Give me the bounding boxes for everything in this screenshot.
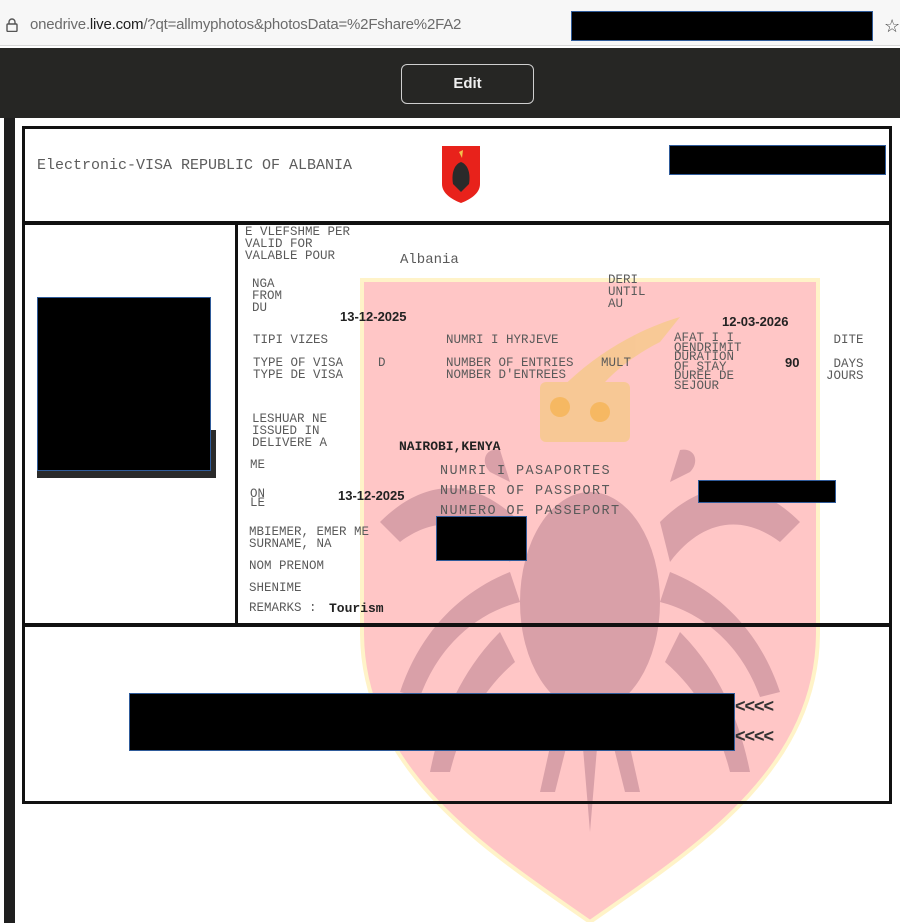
issue-date: 13-12-2025: [338, 488, 405, 503]
entries-value: MULT: [601, 357, 631, 369]
redacted-passport-number: [698, 480, 836, 503]
mrz-line1-suffix: <<<<: [735, 696, 773, 717]
redacted-photo-top: [37, 297, 211, 471]
redacted-name: [436, 516, 527, 561]
remarks-label: REMARKS :: [249, 602, 317, 614]
name-labels: MBIEMER, EMER ME SURNAME, NA: [249, 526, 369, 550]
redacted-visa-number: [669, 145, 886, 175]
photo-divider: [235, 224, 238, 624]
valid-for-labels: E VLEFSHME PER VALID FOR VALABLE POUR: [245, 226, 350, 262]
issued-place: NAIROBI,KENYA: [399, 439, 500, 454]
visa-type-label-sq: TIPI VIZES: [253, 334, 328, 346]
issued-labels: LESHUAR NE ISSUED IN DELIVERE A: [252, 413, 327, 449]
visa-document: Electronic-VISA REPUBLIC OF ALBANIA E VL…: [0, 0, 900, 923]
duration-labels: AFAT I I QENDRIMIT DURATION OF STAY DURE…: [674, 334, 742, 391]
from-date: 13-12-2025: [340, 309, 407, 324]
entries-label-sq: NUMRI I HYRJEVE: [446, 334, 559, 346]
until-date: 12-03-2026: [722, 314, 789, 329]
name-label-fr: NOM PRENOM: [249, 560, 324, 572]
from-labels: NGA FROM DU: [252, 278, 282, 314]
albania-emblem-icon: [441, 144, 481, 204]
on-labels: ME ON LE: [250, 461, 265, 509]
days-labels: DITE DAYS JOURS: [826, 334, 864, 382]
passport-labels: NUMRI I PASAPORTES NUMBER OF PASSPORT NU…: [440, 462, 621, 522]
remarks-value: Tourism: [329, 601, 384, 616]
duration-value: 90: [785, 355, 799, 370]
until-labels: DERI UNTIL AU: [608, 274, 646, 310]
visa-title: Electronic-VISA REPUBLIC OF ALBANIA: [37, 157, 352, 174]
visa-type-labels: TYPE OF VISA TYPE DE VISA: [253, 357, 343, 381]
mrz-line2-suffix: <<<<: [735, 726, 773, 747]
remarks-label-sq: SHENIME: [249, 582, 302, 594]
entries-labels: NUMBER OF ENTRIES NOMBER D'ENTREES: [446, 357, 574, 381]
visa-type-value: D: [378, 357, 386, 369]
redacted-mrz: [129, 693, 735, 751]
valid-for-value: Albania: [400, 254, 459, 266]
